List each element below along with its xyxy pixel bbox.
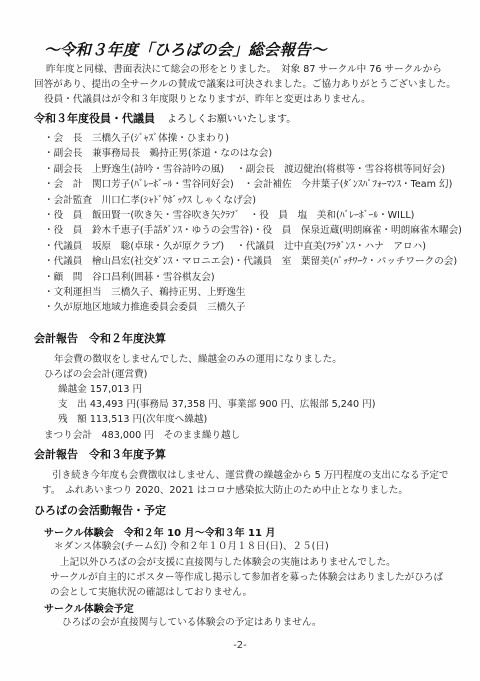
trial-session-line: の会として実施状況の確認はしておりません。 — [50, 585, 252, 600]
settlement-line: ひろばの会会計(運営費) — [44, 367, 147, 382]
officer-entry: ・役 員 保泉近蔵(明朗麻雀・明朗麻雀木曜会) — [253, 225, 462, 236]
officer-row: ・役 員 飯田賢一(吹き矢・雪谷吹き矢ｸﾗﾌﾞ・役 員 塩 美和(ﾊﾞﾚｰﾎﾞｰ… — [44, 208, 462, 223]
trial-session-heading: サークル体験会 令和２年 10 月～令和３年 11 月 — [44, 524, 275, 539]
officer-entry: ・副会長 兼事務局長 鵜持正男(茶道・なのはな会) — [44, 148, 272, 159]
officer-row: ・久が原地区地域力推進委員会委員 三橋久子 — [44, 300, 462, 315]
officers-list: ・会 長 三橋久子(ｼﾞｬｽﾞ体操・ひまわり) ・副会長 兼事務局長 鵜持正男(… — [44, 131, 462, 316]
officer-entry: ・会計補佐 今井葉子(ﾀﾞﾝｽﾊﾟﾌｫｰﾏﾝｽ・Team 幻) — [244, 179, 453, 190]
officer-entry: ・顧 問 谷口昌利(囲碁・雪谷棋友会) — [44, 272, 215, 283]
officer-entry: ・代議員 辻中直美(ﾌﾗﾀﾞﾝｽ・ハナ アロハ) — [236, 241, 426, 252]
officer-row: ・代議員 檜山昌宏(社交ﾀﾞﾝｽ・マロニエ会)・代議員 室 葉留美(ﾊﾟｯﾁﾜｰ… — [44, 254, 462, 269]
officer-entry: ・代議員 坂原 聡(卓球・久が原クラブ) — [44, 241, 224, 252]
officer-entry: ・役 員 鈴木千恵子(手話ﾀﾞﾝｽ・ゆうの会雪谷) — [44, 225, 253, 236]
officer-entry: ・代議員 檜山昌宏(社交ﾀﾞﾝｽ・マロニエ会) — [44, 256, 234, 267]
trial-session-line: サークルが自主的にポスター等作成し掲示して参加者を募った体験会はありましたがひろ… — [50, 570, 443, 585]
officer-row: ・会 計 関口芳子(ﾊﾞﾚｰﾎﾞｰﾙ・雪谷同好会)・会計補佐 今井葉子(ﾀﾞﾝｽ… — [44, 177, 462, 192]
settlement-line: 年会費の徴収をしませんでした、繰越金のみの運用になりました。 — [54, 352, 342, 367]
trial-plan-line: ひろばの会が直接関与している体験会の予定はありません。 — [62, 615, 322, 630]
settlement-line: まつり会計 483,000 円 そのまま繰り越し — [44, 428, 240, 443]
officer-row: ・文利運担当 三橋久子、鵜持正男、上野逸生 — [44, 285, 462, 300]
officer-row: ・副会長 兼事務局長 鵜持正男(茶道・なのはな会) — [44, 146, 462, 161]
officers-heading-text: 令和３年度役員・代議員 — [34, 112, 155, 125]
trial-session-line: 上記以外ひろばの会が支援に直接関与した体験会の実施はありませんでした。 — [60, 555, 396, 570]
officer-row: ・顧 問 谷口昌利(囲碁・雪谷棋友会) — [44, 270, 462, 285]
officers-subheading: よろしくお願いいたします。 — [167, 114, 296, 125]
settlement-line: 支 出 43,493 円(事務局 37,358 円、事業部 900 円、広報部 … — [58, 397, 375, 412]
activities-heading: ひろばの会活動報告・予定 — [34, 502, 166, 518]
officer-entry: ・代議員 室 葉留美(ﾊﾟｯﾁﾜｰｸ・パッチワークの会) — [234, 256, 457, 267]
officer-entry: ・久が原地区地域力推進委員会委員 三橋久子 — [44, 302, 245, 313]
officer-entry: ・副会長 上野逸生(詩吟・雪谷詩吟の風) — [44, 164, 224, 175]
officer-row: ・会 長 三橋久子(ｼﾞｬｽﾞ体操・ひまわり) — [44, 131, 462, 146]
officer-entry: ・会計監査 川口仁孝(ｼｬﾄﾞｳﾎﾞｯｸｽ しゃくなげ会) — [44, 195, 256, 206]
page-number: -2- — [0, 640, 480, 651]
officer-row: ・代議員 坂原 聡(卓球・久が原クラブ)・代議員 辻中直美(ﾌﾗﾀﾞﾝｽ・ハナ … — [44, 239, 462, 254]
trial-plan-heading: サークル体験会予定 — [44, 600, 134, 615]
settlement-line: 残 額 113,513 円(次年度へ繰越) — [58, 412, 207, 427]
officer-row: ・副会長 上野逸生(詩吟・雪谷詩吟の風)・副会長 渡辺健治(将棋等・雪谷将棋等同… — [44, 162, 462, 177]
officer-entry: ・文利運担当 三橋久子、鵜持正男、上野逸生 — [44, 287, 245, 298]
officer-entry: ・会 計 関口芳子(ﾊﾞﾚｰﾎﾞｰﾙ・雪谷同好会) — [44, 179, 234, 190]
officer-entry: ・役 員 飯田賢一(吹き矢・雪谷吹き矢ｸﾗﾌﾞ — [44, 210, 240, 221]
intro-line-2: 回答があり、提出の全サークルの賛成で議案は可決されました。ご協力ありがとうござい… — [34, 77, 456, 92]
officer-row: ・役 員 鈴木千恵子(手話ﾀﾞﾝｽ・ゆうの会雪谷)・役 員 保泉近蔵(明朗麻雀・… — [44, 223, 462, 238]
document-page: ～令和３年度「ひろばの会」総会報告～ 昨年度と同様、書面表決にて総会の形をとりま… — [0, 0, 480, 681]
intro-line-1: 昨年度と同様、書面表決にて総会の形をとりました。 対象 87 サークル中 76 … — [46, 62, 442, 77]
settlement-line: 繰越金 157,013 円 — [58, 382, 142, 397]
officer-row: ・会計監査 川口仁孝(ｼｬﾄﾞｳﾎﾞｯｸｽ しゃくなげ会) — [44, 193, 462, 208]
officer-entry: ・役 員 塩 美和(ﾊﾞﾚｰﾎﾞｰﾙ・WILL) — [250, 210, 415, 221]
budget-line: 引き続き今年度も会費徴収はしません、運営費の繰越金から 5 万円程度の支出になる… — [52, 468, 449, 483]
intro-line-3: 役員・代議員はが令和３年度限りとなりますが、昨年と変更はありません。 — [44, 92, 371, 107]
trial-session-line: ＊ダンス体験会(チーム幻) 令和２年１０月１８日(日)、２５(日) — [54, 539, 329, 554]
officers-heading: 令和３年度役員・代議員よろしくお願いいたします。 — [34, 110, 296, 126]
page-title: ～令和３年度「ひろばの会」総会報告～ — [44, 38, 327, 60]
settlement-heading: 会計報告 令和２年度決算 — [34, 330, 166, 346]
budget-heading: 会計報告 令和３年度予算 — [34, 446, 166, 462]
budget-line: す。 ふれあいまつり 2020、2021 はコロナ感染拡大防止のため中止となりま… — [42, 483, 408, 498]
officer-entry: ・副会長 渡辺健治(将棋等・雪谷将棋等同好会) — [236, 164, 445, 175]
officer-entry: ・会 長 三橋久子(ｼﾞｬｽﾞ体操・ひまわり) — [44, 133, 229, 144]
